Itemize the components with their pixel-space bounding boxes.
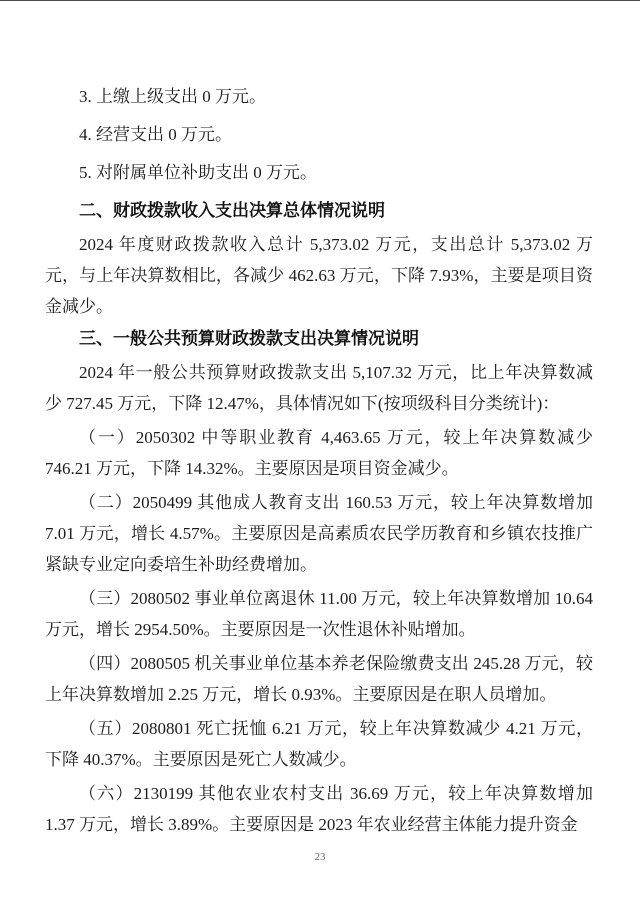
- document-body: 3. 上缴上级支出 0 万元。4. 经营支出 0 万元。5. 对附属单位补助支出…: [45, 81, 593, 840]
- paragraph: 2024 年一般公共预算财政拨款支出 5,107.32 万元，比上年决算数减少 …: [45, 357, 593, 419]
- paragraph: （四）2080505 机关事业单位基本养老保险缴费支出 245.28 万元，较上…: [45, 648, 593, 710]
- section-heading: 三、一般公共预算财政拨款支出决算情况说明: [45, 323, 593, 354]
- paragraph: （二）2050499 其他成人教育支出 160.53 万元，较上年决算数增加 7…: [45, 487, 593, 580]
- page-number: 23: [0, 850, 640, 864]
- section-heading: 二、财政拨款收入支出决算总体情况说明: [45, 195, 593, 226]
- paragraph: （六）2130199 其他农业农村支出 36.69 万元，较上年决算数增加 1.…: [45, 778, 593, 840]
- paragraph: 2024 年度财政拨款收入总计 5,373.02 万元，支出总计 5,373.0…: [45, 229, 593, 322]
- paragraph: 3. 上缴上级支出 0 万元。: [45, 81, 593, 112]
- paragraph: （三）2080502 事业单位离退休 11.00 万元，较上年决算数增加 10.…: [45, 583, 593, 645]
- paragraph: 5. 对附属单位补助支出 0 万元。: [45, 157, 593, 188]
- paragraph: （一）2050302 中等职业教育 4,463.65 万元，较上年决算数减少 7…: [45, 422, 593, 484]
- document-page: { "page": { "number": "23" }, "content":…: [0, 0, 640, 905]
- paragraph: （五）2080801 死亡抚恤 6.21 万元，较上年决算数减少 4.21 万元…: [45, 713, 593, 775]
- paragraph: 4. 经营支出 0 万元。: [45, 119, 593, 150]
